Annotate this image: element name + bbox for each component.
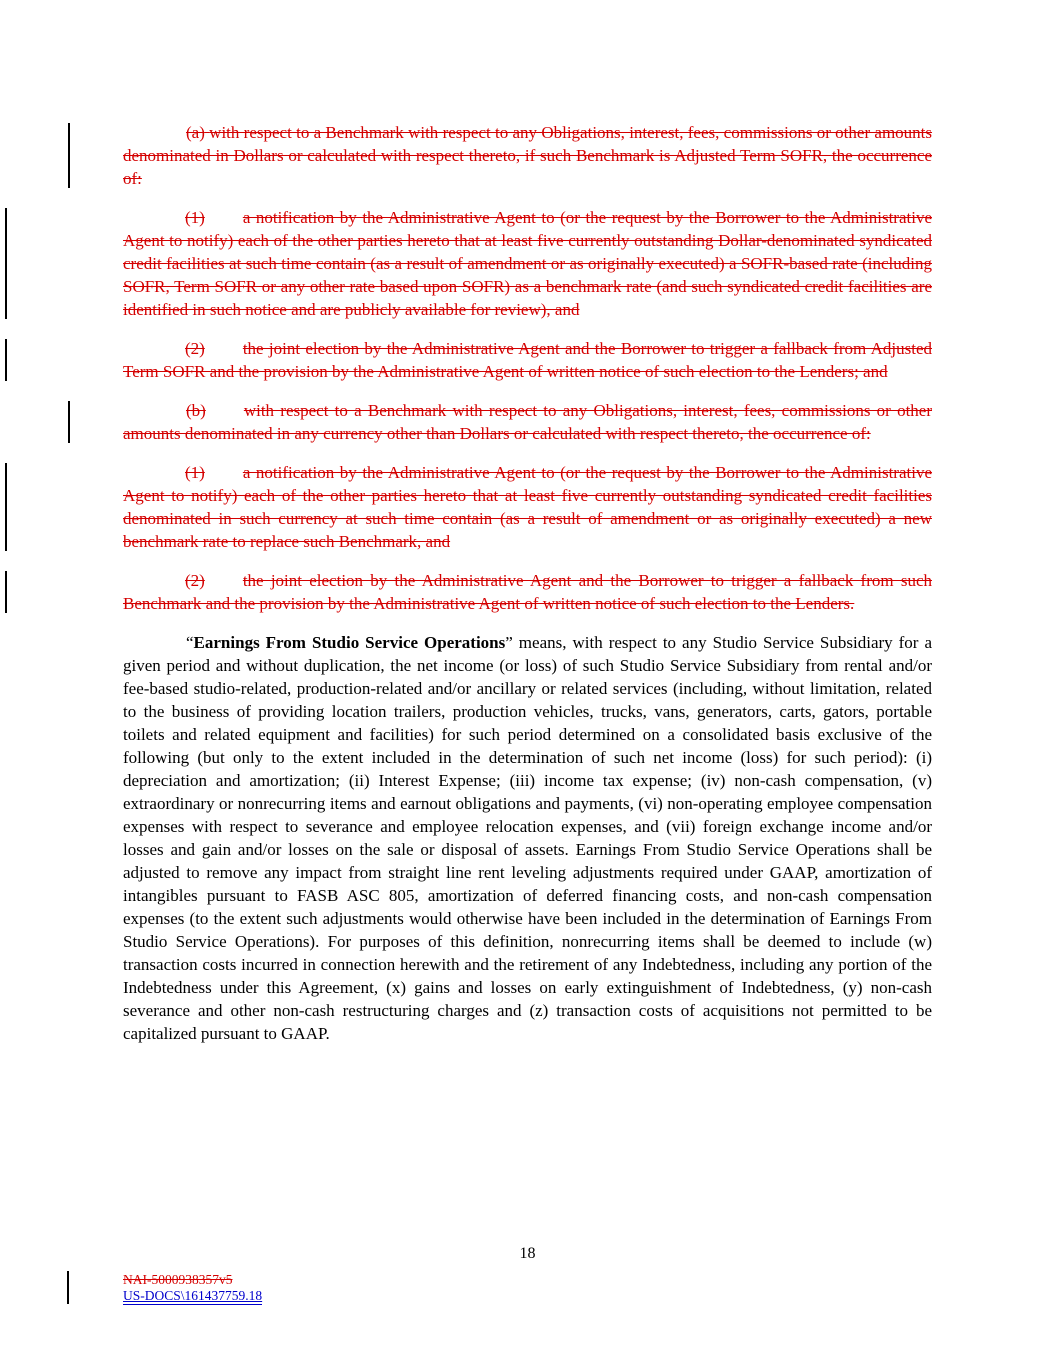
- deleted-clause-a: (a) with respect to a Benchmark with res…: [123, 121, 932, 190]
- change-bar-footer: [67, 1271, 69, 1304]
- change-bar: [68, 401, 70, 443]
- change-bar: [5, 571, 7, 613]
- clause-label: (2): [185, 571, 205, 590]
- change-bar: [5, 339, 7, 381]
- clause-label: (b): [186, 401, 206, 420]
- clause-text: with respect to a Benchmark with respect…: [123, 401, 932, 443]
- change-bar: [68, 123, 70, 188]
- deleted-clause-b-1: (1)a notification by the Administrative …: [123, 461, 932, 553]
- change-bar: [5, 463, 7, 551]
- clause-label: (1): [185, 463, 205, 482]
- clause-label: (a): [186, 123, 205, 142]
- close-quote: ”: [505, 633, 513, 652]
- doc-id-old: NAI-5000938357v5: [123, 1272, 262, 1288]
- definition-text: means, with respect to any Studio Servic…: [123, 633, 932, 1043]
- open-quote: “: [186, 633, 194, 652]
- deleted-clause-b-2: (2)the joint election by the Administrat…: [123, 569, 932, 615]
- document-body: (a) with respect to a Benchmark with res…: [123, 121, 932, 1061]
- change-bar: [5, 208, 7, 319]
- clause-text: the joint election by the Administrative…: [123, 339, 932, 381]
- clause-text: a notification by the Administrative Age…: [123, 463, 932, 551]
- page-number: 18: [123, 1244, 932, 1264]
- document-page: (a) with respect to a Benchmark with res…: [0, 0, 1055, 1365]
- defined-term: Earnings From Studio Service Operations: [194, 633, 506, 652]
- clause-text: a notification by the Administrative Age…: [123, 208, 932, 319]
- deleted-clause-b: (b)with respect to a Benchmark with resp…: [123, 399, 932, 445]
- clause-label: (1): [185, 208, 205, 227]
- deleted-clause-a-1: (1)a notification by the Administrative …: [123, 206, 932, 321]
- clause-text: with respect to a Benchmark with respect…: [123, 123, 932, 188]
- definition-paragraph: “Earnings From Studio Service Operations…: [123, 631, 932, 1045]
- clause-text: the joint election by the Administrative…: [123, 571, 932, 613]
- doc-id-new: US-DOCS\161437759.18: [123, 1289, 262, 1305]
- footer: NAI-5000938357v5US-DOCS\161437759.18: [123, 1272, 262, 1305]
- deleted-clause-a-2: (2)the joint election by the Administrat…: [123, 337, 932, 383]
- clause-label: (2): [185, 339, 205, 358]
